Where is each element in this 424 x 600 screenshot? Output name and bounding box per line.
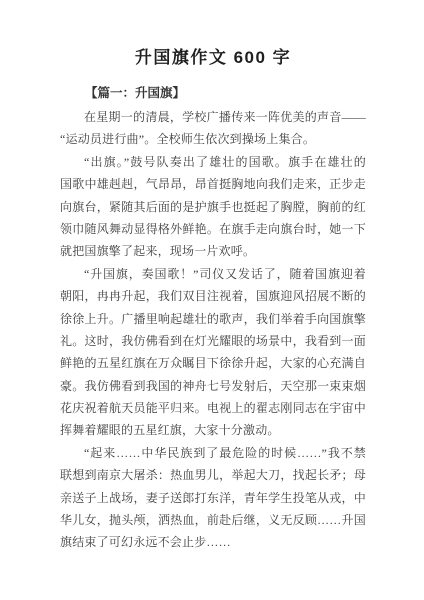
essay-line: 就把国旗擎了起来，现场一片欢呼。 [60, 240, 366, 262]
paragraph: “出旗。”鼓号队奏出了雄壮的国歌。旗手在雄壮的国歌中雄赳赳，气昂昂，昂首挺胸地向… [60, 151, 366, 263]
document-page: 升国旗作文 600 字 【篇一：升国旗】 在星期一的清晨，学校广播传来一阵优美的… [0, 0, 424, 600]
section-heading: 【篇一：升国旗】 [60, 82, 366, 105]
paragraph: “升国旗，奏国歌！”司仪又发话了，随着国旗迎着朝阳，冉冉升起，我们双目注视着，国… [60, 263, 366, 442]
essay-line: 礼。这时，我仿佛看到在灯光耀眼的场景中，我看到一面 [60, 330, 366, 352]
essay-line: 向旗台，紧随其后面的是护旗手也挺起了胸膛，胸前的红 [60, 196, 366, 218]
essay-line: 亲送子上战场，妻子送郎打东洋，青年学生投笔从戎，中 [60, 487, 366, 509]
essay-body: 在星期一的清晨，学校广播传来一阵优美的声音——“运动员进行曲”。全校师生依次到操… [60, 106, 366, 554]
essay-line: 国歌中雄赳赳，气昂昂，昂首挺胸地向我们走来，正步走 [60, 173, 366, 195]
essay-line: 花庆祝着航天员能平归来。电视上的翟志刚同志在宇宙中 [60, 397, 366, 419]
essay-line: “出旗。”鼓号队奏出了雄壮的国歌。旗手在雄壮的 [60, 151, 366, 173]
essay-line: 挥舞着耀眼的五星红旗，大家十分激动。 [60, 419, 366, 441]
paragraph: 在星期一的清晨，学校广播传来一阵优美的声音——“运动员进行曲”。全校师生依次到操… [60, 106, 366, 151]
essay-line: “运动员进行曲”。全校师生依次到操场上集合。 [60, 128, 366, 150]
essay-line: 联想到南京大屠杀：热血男儿，举起大刀，找起长矛；母 [60, 464, 366, 486]
paragraph: “起来……中华民族到了最危险的时候……”我不禁联想到南京大屠杀：热血男儿，举起大… [60, 442, 366, 554]
essay-line: 徐徐上升。广播里响起雄壮的歌声，我们举着手向国旗擎 [60, 308, 366, 330]
essay-line: 豪。我仿佛看到我国的神舟七号发射后，天空那一束束烟 [60, 375, 366, 397]
essay-line: 鲜艳的五星红旗在万众瞩目下徐徐升起，大家的心充满自 [60, 352, 366, 374]
essay-line: 华儿女，抛头颅，洒热血，前赴后继，义无反顾……升国 [60, 509, 366, 531]
essay-line: 旗结束了可幻永远不会止步…… [60, 531, 366, 553]
essay-line: 朝阳，冉冉升起，我们双目注视着，国旗迎风招展不断的 [60, 285, 366, 307]
essay-title: 升国旗作文 600 字 [60, 46, 366, 70]
essay-line: “起来……中华民族到了最危险的时候……”我不禁 [60, 442, 366, 464]
essay-line: 领巾随风舞动显得格外鲜艳。在旗手走向旗台时，她一下 [60, 218, 366, 240]
essay-line: 在星期一的清晨，学校广播传来一阵优美的声音—— [60, 106, 366, 128]
essay-line: “升国旗，奏国歌！”司仪又发话了，随着国旗迎着 [60, 263, 366, 285]
